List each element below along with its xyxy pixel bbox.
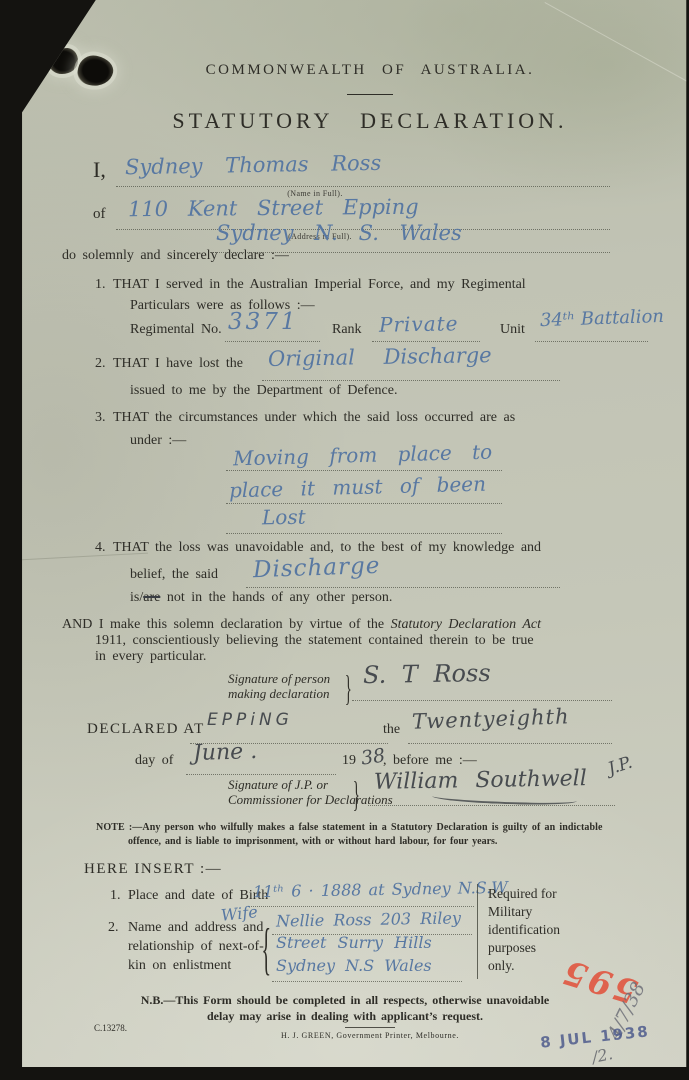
nok-label-line1: Name and address and bbox=[128, 920, 263, 936]
address-value-2: Sydney N. S. Wales bbox=[216, 221, 462, 245]
declared-at-label: DECLARED AT bbox=[87, 721, 205, 738]
and-clause-text: AND I make this solemn declaration by vi… bbox=[62, 617, 391, 632]
nb-line2: delay may arise in dealing with applican… bbox=[100, 1009, 590, 1024]
scanned-document: COMMONWEALTH OF AUSTRALIA. STATUTORY DEC… bbox=[0, 0, 689, 1080]
right-col-line1: Required for bbox=[488, 886, 557, 902]
nok-value-line3: Sydney N.S Wales bbox=[276, 956, 432, 975]
are-word-struck: are bbox=[143, 590, 160, 605]
and-clause-line3: in every particular. bbox=[95, 649, 206, 665]
act-name-italic: Statutory Declaration Act bbox=[391, 617, 541, 632]
brace-glyph: } bbox=[353, 774, 360, 816]
regimental-no-value: 3371 bbox=[228, 309, 299, 335]
nb-line1: N.B.—This Form should be completed in al… bbox=[100, 993, 590, 1008]
printer-rule bbox=[345, 1027, 395, 1028]
item3-number: 3. bbox=[95, 410, 106, 426]
dotted-line bbox=[116, 186, 610, 187]
before-me-label: , before me :— bbox=[383, 753, 477, 769]
item4-number: 4. bbox=[95, 540, 106, 556]
unit-value: 34ᵗʰ Battalion bbox=[540, 306, 665, 331]
regimental-no-label: Regimental No. bbox=[130, 322, 222, 338]
nok-value-line1: Nellie Ross 203 Riley bbox=[276, 908, 461, 930]
dotted-line bbox=[368, 805, 615, 806]
printer-imprint: H. J. GREEN, Government Printer, Melbour… bbox=[200, 1031, 540, 1040]
nok-label-line2: relationship of next-of- bbox=[128, 939, 264, 955]
insert-row2-number: 2. bbox=[108, 920, 119, 936]
dotted-line bbox=[186, 774, 336, 775]
dotted-line bbox=[272, 981, 462, 982]
nok-value-line2: Street Surry Hills bbox=[276, 933, 432, 952]
item4-line2-label: belief, the said bbox=[130, 567, 218, 583]
dotted-line bbox=[246, 587, 560, 588]
declarant-signature: S. T Ross bbox=[363, 659, 491, 689]
paper-sheet: COMMONWEALTH OF AUSTRALIA. STATUTORY DEC… bbox=[0, 0, 689, 1080]
is-word: is/ bbox=[130, 590, 143, 605]
note-line1: NOTE :—Any person who wilfully makes a f… bbox=[96, 822, 603, 833]
brace-glyph: { bbox=[262, 916, 272, 984]
birth-label: Place and date of Birth bbox=[128, 888, 268, 904]
column-divider bbox=[477, 884, 478, 979]
dotted-line bbox=[248, 906, 474, 907]
i-label: I, bbox=[93, 157, 106, 183]
signature-label-line1: Signature of person bbox=[228, 671, 330, 687]
item3-hand-line2: place it must of been bbox=[229, 472, 487, 503]
jp-label-line1: Signature of J.P. or bbox=[228, 777, 328, 793]
year-printed: 19 bbox=[342, 753, 356, 769]
month-value: June . bbox=[193, 739, 258, 766]
pencil-fraction-annotation: /2. bbox=[590, 1044, 614, 1067]
day-word-value: Twentyeighth bbox=[412, 704, 570, 733]
item4-line1: THAT the loss was unavoidable and, to th… bbox=[113, 540, 541, 556]
signature-label-line2: making declaration bbox=[228, 686, 329, 702]
item3-hand-line3: Lost bbox=[262, 505, 306, 530]
right-col-line4: purposes bbox=[488, 940, 536, 956]
insert-row1-number: 1. bbox=[110, 888, 121, 904]
birth-value: 11ᵗʰ 6 · 1888 at Sydney N.S.W bbox=[253, 878, 508, 901]
dotted-line bbox=[262, 380, 560, 381]
item3-line1: THAT the circumstances under which the s… bbox=[113, 410, 515, 426]
item4-value: Discharge bbox=[253, 553, 381, 583]
item1-number: 1. bbox=[95, 277, 106, 293]
dotted-line bbox=[372, 341, 480, 342]
and-clause-line2: 1911, conscientiously believing the stat… bbox=[95, 633, 534, 649]
form-code: C.13278. bbox=[94, 1023, 127, 1033]
dotted-line bbox=[226, 533, 502, 534]
item2-line2: issued to me by the Department of Defenc… bbox=[130, 383, 397, 399]
declare-line: do solemnly and sincerely declare :— bbox=[62, 248, 289, 264]
dotted-line bbox=[226, 503, 502, 504]
address-value: 110 Kent Street Epping bbox=[128, 195, 419, 222]
and-clause-line1: AND I make this solemn declaration by vi… bbox=[62, 617, 541, 633]
page-title: STATUTORY DECLARATION. bbox=[55, 108, 685, 134]
here-insert-heading: HERE INSERT :— bbox=[84, 861, 222, 878]
the-label: the bbox=[383, 722, 400, 738]
title-rule bbox=[347, 94, 393, 95]
of-label: of bbox=[93, 206, 106, 223]
item2-line1: THAT I have lost the bbox=[113, 356, 243, 372]
note-line2: offence, and is liable to imprisonment, … bbox=[128, 836, 497, 847]
item2-number: 2. bbox=[95, 356, 106, 372]
brace-glyph: } bbox=[345, 668, 352, 710]
item4-line3-rest: not in the hands of any other person. bbox=[160, 590, 392, 605]
right-col-line2: Military bbox=[488, 904, 532, 920]
item3-hand-line1: Moving from place to bbox=[233, 440, 493, 471]
dotted-line bbox=[408, 743, 612, 744]
dotted-line bbox=[352, 700, 612, 701]
item1-line1: THAT I served in the Australian Imperial… bbox=[113, 277, 526, 293]
jp-suffix: J.P. bbox=[606, 753, 635, 780]
jp-signature: William Southwell bbox=[374, 766, 587, 795]
dotted-line bbox=[226, 470, 502, 471]
rank-value: Private bbox=[379, 311, 459, 336]
org-title: COMMONWEALTH OF AUSTRALIA. bbox=[55, 62, 685, 79]
unit-label: Unit bbox=[500, 322, 525, 338]
item4-line3: is/are not in the hands of any other per… bbox=[130, 590, 392, 606]
dotted-line bbox=[535, 341, 648, 342]
dotted-line bbox=[225, 341, 320, 342]
rank-label: Rank bbox=[332, 322, 362, 338]
item3-line2: under :— bbox=[130, 433, 186, 449]
item2-value: Original Discharge bbox=[268, 343, 492, 371]
name-value: Sydney Thomas Ross bbox=[125, 151, 382, 179]
right-col-line3: identification bbox=[488, 922, 560, 938]
nok-label-line3: kin on enlistment bbox=[128, 958, 231, 974]
day-of-label: day of bbox=[135, 753, 173, 769]
declared-place-value: EPPiNG bbox=[207, 710, 293, 730]
right-col-line5: only. bbox=[488, 958, 515, 974]
